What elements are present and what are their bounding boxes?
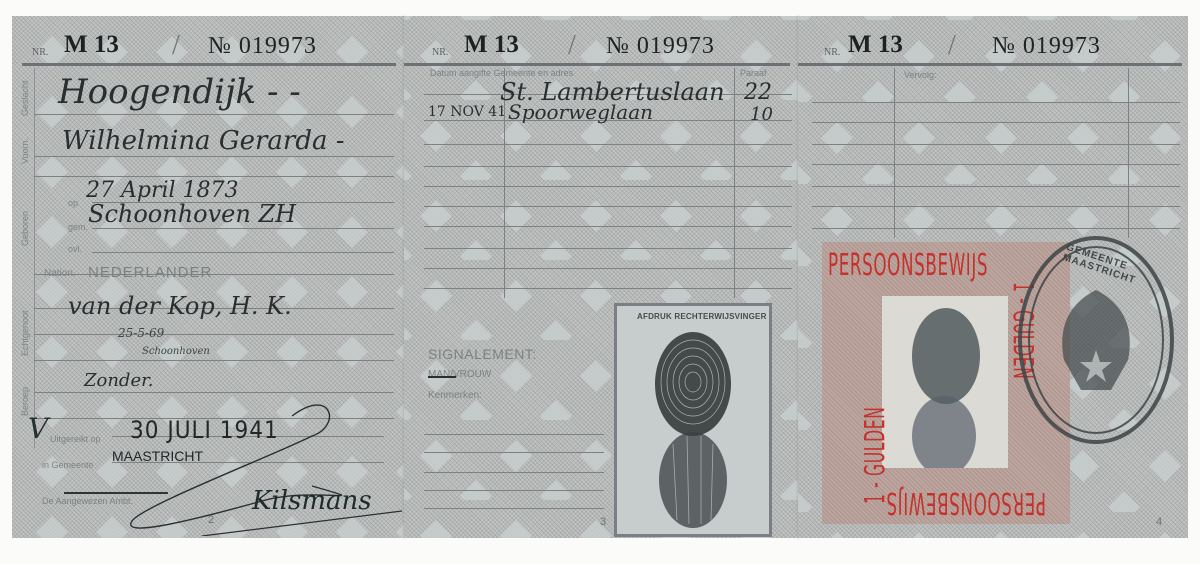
- rule: [812, 164, 1180, 165]
- rule: [812, 186, 1180, 187]
- rule: [34, 156, 394, 157]
- card-number-header: NR. M 13 / № 019973: [798, 28, 1188, 64]
- rule: [424, 166, 792, 167]
- nationality-label: Nation.: [44, 268, 76, 279]
- paraaf-label: Paraaf: [740, 68, 767, 78]
- nr-label: NR.: [432, 47, 448, 58]
- card-number: № 019973: [606, 33, 715, 60]
- rule: [424, 206, 792, 207]
- rule: [424, 248, 792, 249]
- separator-slash: /: [948, 30, 956, 62]
- municipal-seal: GEMEENTE MAASTRICHT: [1018, 236, 1174, 444]
- card-number-header: NR. M 13 / № 019973: [404, 28, 798, 64]
- spouse-note-date: 25-5-69: [118, 326, 164, 340]
- fingerprint-icon: [882, 296, 1008, 468]
- separator-slash: /: [568, 30, 576, 62]
- header-rule: [404, 63, 790, 66]
- check-mark: V: [28, 412, 48, 445]
- side-label-gender: Geslacht: [20, 80, 30, 116]
- signalement-label: SIGNALEMENT:: [428, 346, 537, 362]
- stamp-text-bottom: PERSOONSBEWIJS: [886, 485, 1046, 520]
- rule: [424, 226, 792, 227]
- rule: [34, 176, 394, 177]
- rule: [812, 102, 1180, 103]
- rule: [812, 144, 1180, 145]
- rule: [424, 472, 604, 473]
- page-number: 4: [1156, 516, 1162, 528]
- address-street: Spoorweglaan: [508, 100, 653, 124]
- fingerprint-icon: [643, 324, 743, 534]
- panel-address-fingerprint: NR. M 13 / № 019973 Datum aangifte Gemee…: [404, 16, 798, 538]
- eagle-icon: [1046, 280, 1146, 400]
- photo-window: [882, 296, 1008, 468]
- card-number-header: NR. M 13 / № 019973: [12, 28, 404, 64]
- rule: [424, 434, 604, 435]
- rule: [424, 144, 792, 145]
- side-label-given-names: Voorn.: [20, 138, 30, 164]
- panel-personal-details: NR. M 13 / № 019973 Geslacht Voorn. Gebo…: [12, 16, 404, 538]
- nationality: NEDERLANDER: [88, 264, 212, 281]
- rule: [812, 122, 1180, 123]
- card-number: № 019973: [992, 33, 1101, 60]
- born-on-label: op: [68, 198, 78, 208]
- address-date: 17 NOV 41: [428, 104, 506, 120]
- rule: [34, 114, 394, 115]
- header-rule: [22, 63, 396, 66]
- identity-card: NR. M 13 / № 019973 Geslacht Voorn. Gebo…: [12, 16, 1188, 538]
- nr-label: NR.: [824, 47, 840, 58]
- rule: [424, 452, 604, 453]
- address-header: Datum aangifte Gemeente en adres: [430, 68, 573, 78]
- issued-label: Uitgereikt op: [50, 434, 101, 444]
- rule: [424, 186, 792, 187]
- rule: [424, 268, 792, 269]
- nr-label: NR.: [32, 47, 48, 58]
- surname: Hoogendijk - -: [58, 72, 301, 112]
- marks-label: Kenmerken:: [428, 390, 482, 401]
- side-label-born: Geboren: [20, 211, 30, 246]
- separator-slash: /: [172, 30, 180, 62]
- rule: [812, 228, 1180, 229]
- address-number: 10: [750, 104, 773, 125]
- panel-continuation-stamp: NR. M 13 / № 019973 Vervolg: PERSOONSBEW…: [798, 16, 1188, 538]
- sex-label: MAN/VROUW: [428, 369, 491, 380]
- serial-series: M 13: [464, 31, 519, 59]
- card-number: № 019973: [208, 33, 317, 60]
- rule: [92, 228, 394, 229]
- signature: Kilsmans: [252, 486, 372, 516]
- rule: [34, 360, 394, 361]
- column-rule: [734, 68, 735, 298]
- sex-strikethrough: [428, 376, 456, 378]
- died-label: ovl.: [68, 244, 82, 254]
- rule: [812, 206, 1180, 207]
- given-names: Wilhelmina Gerarda -: [62, 126, 345, 156]
- serial-series: M 13: [848, 31, 903, 59]
- header-rule: [798, 63, 1182, 66]
- serial-series: M 13: [64, 31, 119, 59]
- rule: [424, 490, 604, 491]
- side-label-spouse: Echtgenoot: [20, 310, 30, 356]
- rule: [424, 508, 604, 509]
- column-rule: [1128, 68, 1129, 238]
- address-number: 22: [744, 80, 772, 105]
- column-rule: [894, 68, 895, 238]
- spouse-note-place: Schoonhoven: [142, 346, 210, 357]
- spouse-name: van der Kop, H. K.: [68, 292, 292, 320]
- birth-place: Schoonhoven ZH: [88, 200, 296, 228]
- rule: [34, 334, 394, 335]
- municipality-label: in Gemeente: [42, 460, 94, 470]
- rule: [92, 252, 394, 253]
- fingerprint-label: AFDRUK RECHTERWIJSVINGER: [637, 312, 767, 321]
- born-place-label: gem.: [68, 222, 88, 232]
- fingerprint-box: AFDRUK RECHTERWIJSVINGER: [614, 303, 772, 537]
- page-number: 2: [208, 514, 214, 526]
- rule: [424, 288, 792, 289]
- side-rule: [34, 68, 35, 448]
- continued-label: Vervolg:: [904, 70, 937, 80]
- page-number: 3: [600, 516, 606, 528]
- stamp-text-top: PERSOONSBEWIJS: [828, 248, 988, 283]
